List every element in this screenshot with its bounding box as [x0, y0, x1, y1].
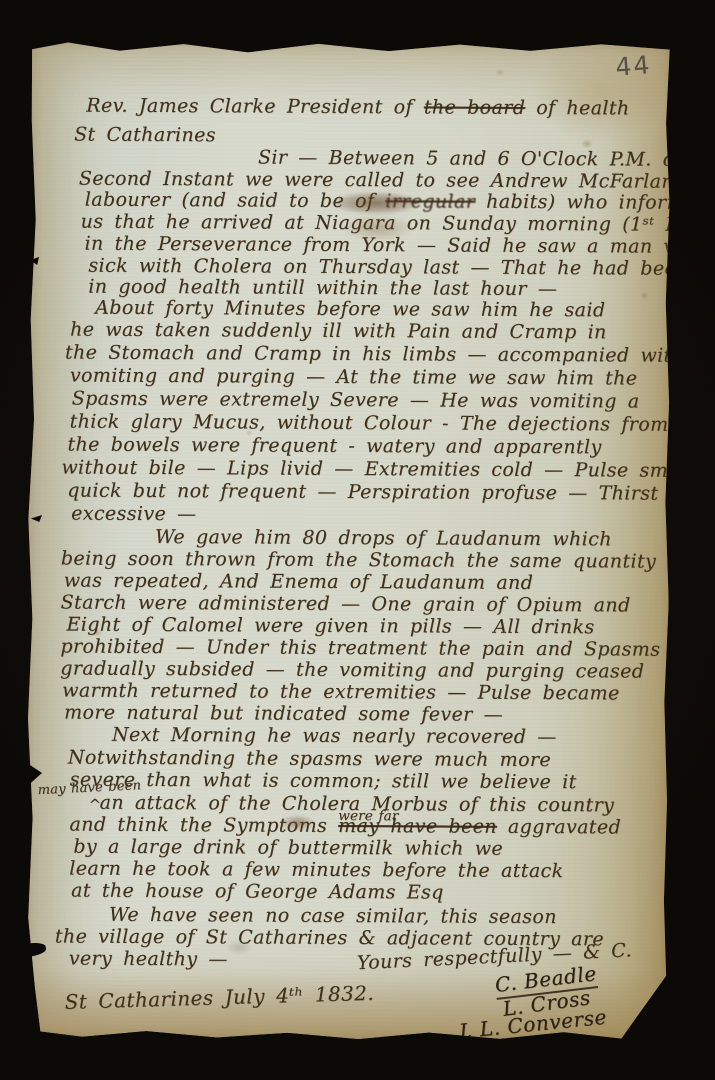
letter-line-14: Spasms were extremely Severe — He was vo… [72, 390, 640, 412]
letter-line-28: more natural but indicated some fever — [64, 704, 503, 725]
letter-line-21: being soon thrown from the Stomach the s… [61, 549, 656, 571]
signature-3: J. L. Converse [458, 1007, 608, 1042]
letter-line-05: labourer (and said to be of irregular ha… [85, 191, 709, 213]
letter-line-20: We gave him 80 drops of Laudanum which [155, 528, 612, 549]
letter-line-13: vomiting and purging — At the time we sa… [70, 367, 638, 389]
dateline: St Catharines July 4ᵗʰ 1832. [64, 983, 374, 1012]
obliterated-word: irregular [385, 190, 475, 212]
letter-line-35: learn he took a few minutes before the a… [69, 860, 563, 882]
letter-line-06: us that he arrived at Niagara on Sunday … [81, 213, 715, 235]
address-line-pre: Rev. James Clarke President of [86, 95, 424, 119]
page-number: 44 [614, 50, 652, 82]
letter-line-11: he was taken suddenly ill with Pain and … [70, 321, 607, 343]
letter-line-19: excessive — [71, 505, 196, 525]
letter-line-10: About forty Minutes before we saw him he… [95, 299, 605, 321]
scan-background: 44 Rev. James Clarke President of the bo… [0, 0, 715, 1080]
letter-line-22: was repeated, And Enema of Laudanum and [64, 572, 534, 593]
closing-left: very healthy — [69, 950, 228, 970]
letter-line-02: St Catharines [74, 126, 216, 146]
letter-line-15: thick glary Mucus, without Colour - The … [70, 413, 669, 435]
letter-line-12: the Stomach and Cramp in his limbs — acc… [65, 344, 684, 366]
letter-line-26: gradually subsided — the vomiting and pu… [60, 659, 644, 681]
letter-line-34: by a large drink of buttermilk which we [73, 838, 503, 859]
letter-line-03: Sir — Between 5 and 6 O'Clock P.M. of th… [258, 149, 715, 170]
letter-line-17: without bile — Lips livid — Extremities … [61, 458, 699, 480]
letter-line-23: Starch were administered — One grain of … [61, 593, 631, 615]
line-segment: and think the Symptoms [69, 814, 338, 837]
letter-line-27: warmth returned to the extremities — Pul… [62, 682, 620, 704]
letter-line-36: at the house of George Adams Esq [71, 882, 444, 903]
letter-line-30: Notwithstanding the spasms were much mor… [68, 749, 551, 771]
manuscript-page: 44 Rev. James Clarke President of the bo… [24, 40, 671, 1040]
letter-line-09: in good health untill within the last ho… [88, 278, 557, 299]
letter-line-31: severe than what is common; still we bel… [70, 771, 577, 793]
address-line-post: of health [525, 97, 629, 120]
letter-line-24: Eight of Calomel were given in pills — A… [67, 616, 595, 638]
letter-line-33: and think the Symptoms were farmay have … [69, 816, 621, 838]
letter-line-18: quick but not frequent — Perspiration pr… [67, 482, 658, 504]
letter-line-25: prohibited — Under this treatment the pa… [60, 637, 660, 659]
line-segment: labourer (and said to be of [85, 189, 386, 213]
stain [640, 292, 648, 300]
letter-line-16: the bowels were frequent - watery and ap… [67, 436, 601, 458]
line-segment: habits) who informed [475, 191, 709, 214]
letter-line-07: in the Perseverance from York — Said he … [84, 235, 706, 257]
letter-line-37: We have seen no case similar, this seaso… [109, 906, 557, 927]
stain [495, 69, 504, 76]
line-segment: aggravated [497, 816, 621, 839]
letter-line-29: Next Morning he was nearly recovered — [112, 726, 557, 747]
letter-line-01: Rev. James Clarke President of the board… [86, 97, 629, 119]
stain [581, 139, 593, 148]
struck-words: the board [424, 96, 526, 119]
